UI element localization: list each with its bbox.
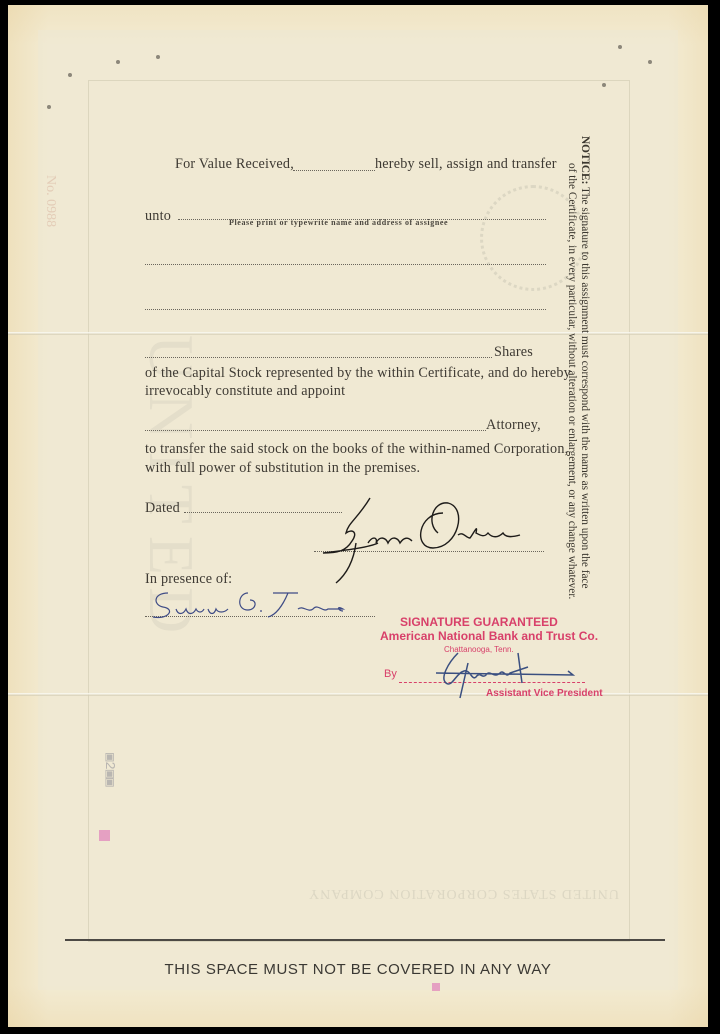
paper-fold-upper	[8, 332, 708, 335]
guarantee-by-label: By	[384, 668, 397, 680]
transfer-text: to transfer the said stock on the books …	[145, 441, 568, 458]
appoint-text: irrevocably constitute and appoint	[145, 383, 345, 400]
signature-guaranteed-title: SIGNATURE GUARANTEED	[400, 615, 558, 629]
owner-signature	[308, 493, 538, 593]
guarantor-signature	[428, 643, 578, 703]
notice-line-2: of the Certificate, in every particular,…	[565, 163, 578, 599]
punch-hole	[648, 60, 652, 64]
paper-fold-lower	[8, 693, 708, 696]
pink-stamp-mark	[432, 983, 440, 991]
capital-stock-text: of the Capital Stock represented by the …	[145, 365, 571, 382]
assignee-address-line-2[interactable]	[145, 309, 546, 310]
pink-stamp-mark	[99, 830, 110, 841]
transfer-label: hereby sell, assign and transfer	[375, 156, 557, 173]
value-received-label: For Value Received,	[175, 156, 294, 173]
dated-label: Dated	[145, 500, 180, 517]
guarantee-bank-name: American National Bank and Trust Co.	[380, 629, 598, 643]
substitution-text: with full power of substitution in the p…	[145, 460, 420, 477]
shares-line[interactable]	[145, 357, 492, 358]
punch-hole	[116, 60, 120, 64]
shares-label: Shares	[494, 344, 533, 361]
notice-heading: NOTICE:	[579, 136, 591, 184]
notice-line-1: The signature to this assignment must co…	[579, 187, 591, 589]
assignee-caption: Please print or typewrite name and addre…	[229, 218, 448, 227]
footer-rule	[65, 939, 665, 941]
assignee-address-line-1[interactable]	[145, 264, 546, 265]
attorney-line[interactable]	[145, 430, 486, 431]
witness-signature	[148, 585, 348, 625]
unto-label: unto	[145, 208, 171, 225]
punch-hole	[156, 55, 160, 59]
punch-hole	[618, 45, 622, 49]
value-received-line[interactable]	[293, 170, 375, 171]
bleed-certificate-number: No. 0988	[42, 175, 58, 227]
punch-hole	[47, 105, 51, 109]
punch-hole	[602, 83, 606, 87]
serial-marks: ▣2▣▣	[101, 753, 118, 787]
punch-hole	[68, 73, 72, 77]
footer-warning: THIS SPACE MUST NOT BE COVERED IN ANY WA…	[8, 961, 708, 978]
attorney-label: Attorney,	[486, 417, 541, 434]
certificate-paper: UNITED STATES CORPORATION COMPANY No. 09…	[8, 5, 708, 1027]
bleed-company-name: UNITED STATES CORPORATION COMPANY	[308, 885, 619, 901]
